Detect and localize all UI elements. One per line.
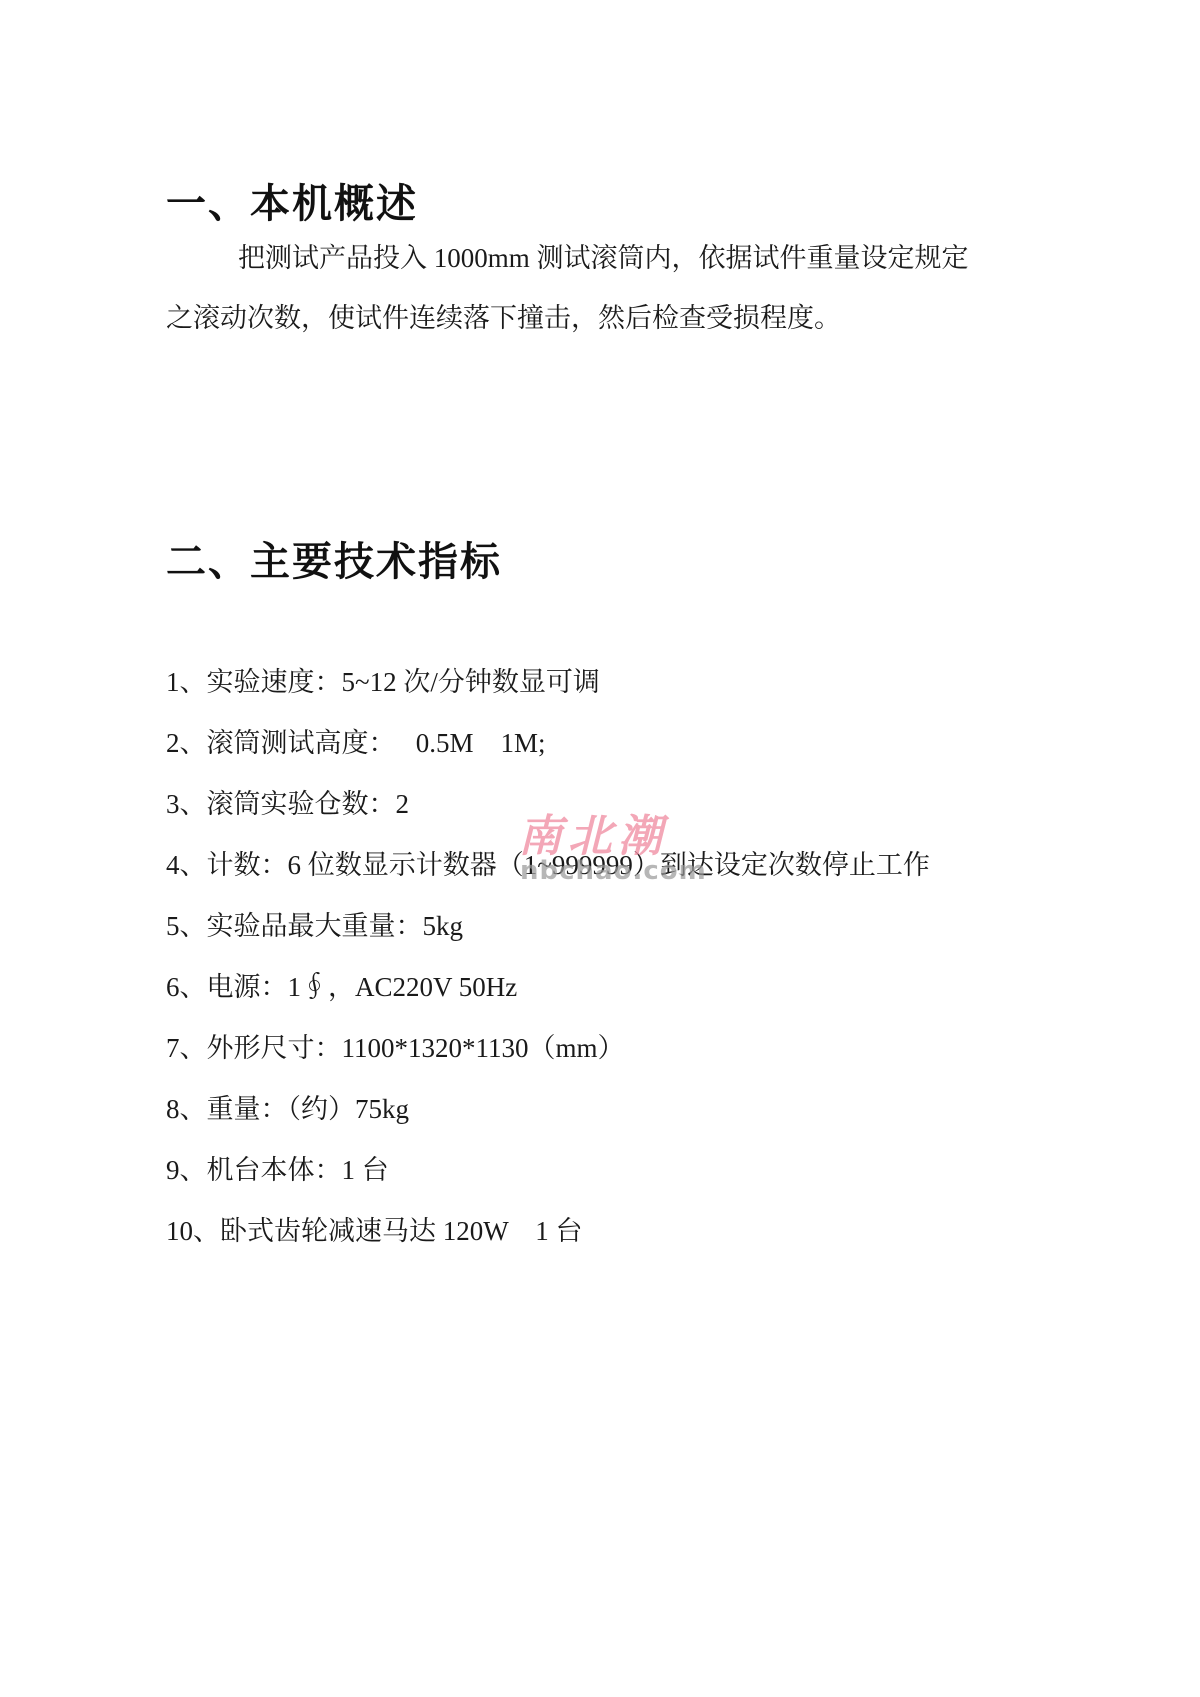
section-1-paragraph: 把测试产品投入 1000mm 测试滚筒内，依据试件重量设定规定 之滚动次数，使试… bbox=[166, 228, 1046, 348]
spec-item: 2、滚筒测试高度： 0.5M 1M; bbox=[166, 723, 546, 763]
spec-item: 7、外形尺寸：1100*1320*1130（mm） bbox=[166, 1028, 625, 1068]
spec-item: 8、重量：（约）75kg bbox=[166, 1089, 409, 1129]
section-2-heading: 二、主要技术指标 bbox=[166, 538, 502, 586]
spec-item: 6、电源：1∮，AC220V 50Hz bbox=[166, 967, 517, 1007]
spec-item: 9、机台本体：1 台 bbox=[166, 1150, 389, 1190]
spec-item: 1、实验速度：5~12 次/分钟数显可调 bbox=[166, 662, 600, 702]
spec-item: 3、滚筒实验仓数：2 bbox=[166, 784, 409, 824]
section-1-heading: 一、本机概述 bbox=[166, 180, 418, 228]
paragraph-line-2: 之滚动次数，使试件连续落下撞击，然后检查受损程度。 bbox=[166, 288, 1046, 348]
spec-item: 10、卧式齿轮减速马达 120W 1 台 bbox=[166, 1211, 583, 1251]
spec-item: 4、计数：6 位数显示计数器（1~999999）到达设定次数停止工作 bbox=[166, 845, 930, 885]
spec-item: 5、实验品最大重量：5kg bbox=[166, 906, 463, 946]
document-page: 一、本机概述 把测试产品投入 1000mm 测试滚筒内，依据试件重量设定规定 之… bbox=[0, 0, 1200, 1697]
paragraph-line-1: 把测试产品投入 1000mm 测试滚筒内，依据试件重量设定规定 bbox=[166, 228, 1046, 288]
